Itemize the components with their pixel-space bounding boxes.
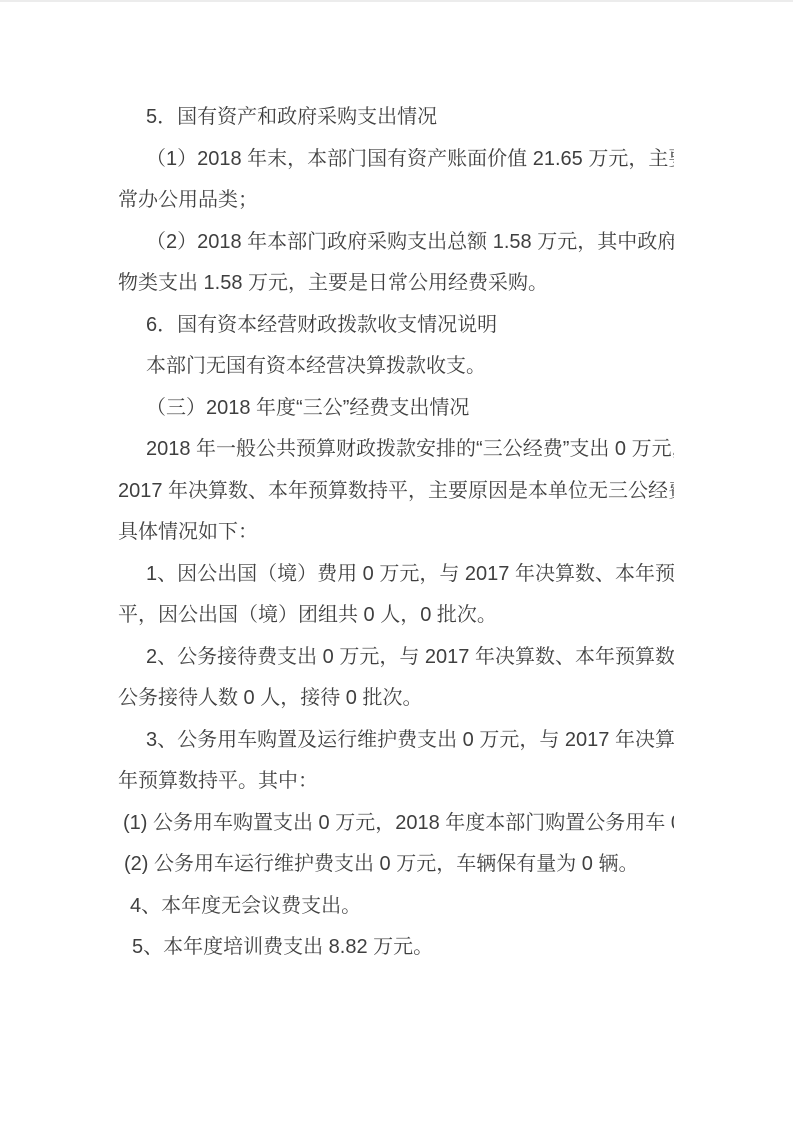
doc-line-heading-5: 5．国有资产和政府采购支出情况: [118, 97, 674, 139]
doc-line: 公务接待人数 0 人，接待 0 批次。: [118, 678, 674, 720]
doc-line: 2、公务接待费支出 0 万元，与 2017 年决算数、本年预算数持平，: [118, 637, 674, 679]
page-top-border: [0, 0, 793, 2]
doc-line: 本部门无国有资本经营决算拨款收支。: [118, 346, 674, 388]
doc-line: 4、本年度无会议费支出。: [118, 886, 674, 928]
doc-line: 2017 年决算数、本年预算数持平，主要原因是本单位无三公经费支出。: [118, 471, 674, 513]
doc-line: 平，因公出国（境）团组共 0 人，0 批次。: [118, 595, 674, 637]
doc-line: 具体情况如下：: [118, 512, 674, 554]
doc-line: 年预算数持平。其中：: [118, 761, 674, 803]
doc-line: 常办公用品类；: [118, 180, 674, 222]
doc-line-heading-sec3: （三）2018 年度“三公”经费支出情况: [118, 388, 674, 430]
doc-line: 3、公务用车购置及运行维护费支出 0 万元，与 2017 年决算数、本: [118, 720, 674, 762]
doc-line: 2018 年一般公共预算财政拨款安排的“三公经费”支出 0 万元,与: [118, 429, 674, 471]
doc-line: （2）2018 年本部门政府采购支出总额 1.58 万元，其中政府采购货: [118, 222, 674, 264]
doc-line: 5、本年度培训费支出 8.82 万元。: [118, 927, 674, 969]
doc-line: 1、因公出国（境）费用 0 万元，与 2017 年决算数、本年预算数持: [118, 554, 674, 596]
doc-line: (2) 公务用车运行维护费支出 0 万元，车辆保有量为 0 辆。: [118, 844, 674, 886]
doc-line-heading-6: 6．国有资本经营财政拨款收支情况说明: [118, 305, 674, 347]
doc-line: （1）2018 年末，本部门国有资产账面价值 21.65 万元，主要是日: [118, 139, 674, 181]
doc-line: (1) 公务用车购置支出 0 万元，2018 年度本部门购置公务用车 0 辆。: [118, 803, 674, 845]
doc-line: 物类支出 1.58 万元，主要是日常公用经费采购。: [118, 263, 674, 305]
document-page: 5．国有资产和政府采购支出情况 （1）2018 年末，本部门国有资产账面价值 2…: [118, 97, 674, 969]
